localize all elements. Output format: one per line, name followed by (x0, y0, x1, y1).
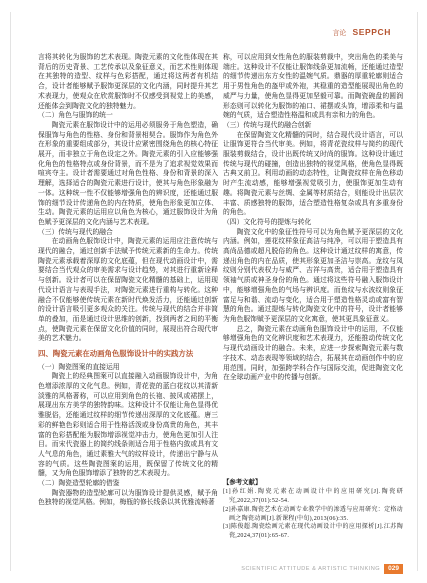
paragraph: 陶瓷器物的造型轮廓可以为服饰设计提供灵感，赋予角色独特的视觉风格。例如，梅瓶的修… (38, 489, 218, 508)
paragraph: 在保留陶瓷文化精髓的同时，结合现代设计语言，可以让服饰更符合当代审美。例如，将青… (223, 131, 403, 218)
section-label: 言论 (332, 28, 346, 38)
paragraph: 称，可以应用到女性角色的服装剪裁中，突出角色的柔美与端庄。这种设计不仅能让服饰线… (223, 53, 403, 121)
paragraph: 言将其转化为服饰的艺术表现。陶瓷元素的文化性体现在其背后的历史背景、工艺传承以及… (38, 53, 218, 111)
references-label: 【参考文献】 (223, 478, 403, 487)
page-header: 言论 SEPPCH (332, 27, 391, 38)
article-body: 言将其转化为服饰的艺术表现。陶瓷元素的文化性体现在其背后的历史背景、工艺传承以及… (38, 53, 403, 543)
subsection-heading: （二）角色与服饰的统一 (38, 111, 218, 121)
page-edge-left (10, 12, 11, 571)
subsection-heading: （三）传统与现代的融合 (38, 228, 218, 238)
paragraph: 在动画角色服饰设计中，陶瓷元素的运用应注意传统与现代的融合，通过创新手法赋予传统… (38, 237, 218, 344)
section-heading: 四、陶瓷元素在动画角色服饰设计中的实践方法 (38, 349, 218, 359)
subsection-heading: （三）传统与现代的融合创新 (223, 121, 403, 131)
page-footer: SCIENTIFIC ATTITUDE & ARTISTIC THINKING … (241, 564, 403, 574)
subsection-heading: （一）陶瓷图案的直接运用 (38, 363, 218, 373)
right-column: 称，可以应用到女性角色的服装剪裁中，突出角色的柔美与端庄。这种设计不仅能让服饰线… (223, 53, 403, 543)
reference-item: [3]陈俊超.陶瓷绘画元素在现代动画设计中的应用探析[J].江苏陶瓷,2024,… (223, 523, 403, 541)
reference-item: [1]孙红娟.陶瓷元素在动画设计中的应用研究[J].陶瓷研究,2022,37(0… (223, 488, 403, 506)
references-section: 【参考文献】 [1]孙红娟.陶瓷元素在动画设计中的应用研究[J].陶瓷研究,20… (223, 478, 403, 543)
reference-list: [1]孙红娟.陶瓷元素在动画设计中的应用研究[J].陶瓷研究,2022,37(0… (223, 488, 403, 541)
paragraph: 总之，陶瓷元素在动画角色服饰设计中的运用，不仅能够增强角色的文化辨识度和艺术表现… (223, 325, 403, 383)
left-column: 言将其转化为服饰的艺术表现。陶瓷元素的文化性体现在其背后的历史背景、工艺传承以及… (38, 53, 218, 543)
journal-brand-logo: SEPPCH (352, 27, 391, 37)
subsection-heading: （二）陶瓷造型轮廓的借鉴 (38, 479, 218, 489)
right-column-text: 称，可以应用到女性角色的服装剪裁中，突出角色的柔美与端庄。这种设计不仅能让服饰线… (223, 53, 403, 383)
subsection-heading: （四）文化符号的提炼与转化 (223, 218, 403, 228)
reference-item: [2]孙嘉康.陶瓷艺术在动画专业教学中的渗透与应用研究：定格动画之陶瓷动画[J]… (223, 506, 403, 524)
journal-motto: SCIENTIFIC ATTITUDE & ARTISTIC THINKING (241, 566, 380, 572)
page-number-badge: 029 (384, 564, 403, 574)
paragraph: 陶瓷文化中的象征性符号可以为角色赋予更深层的文化内涵。例如，莲花纹样象征高洁与纯… (223, 228, 403, 325)
page-edge-right (417, 12, 418, 571)
journal-page: 言论 SEPPCH 言将其转化为服饰的艺术表现。陶瓷元素的文化性体现在其背后的历… (0, 0, 427, 583)
paragraph: 陶瓷上的经典图案可以直接融入动画服饰设计中，为角色增添浓厚的文化气息。例如，青花… (38, 372, 218, 479)
paragraph: 陶瓷元素在服饰设计中的运用必须服务于角色塑造，确保服饰与角色的性格、身份和背景相… (38, 121, 218, 228)
